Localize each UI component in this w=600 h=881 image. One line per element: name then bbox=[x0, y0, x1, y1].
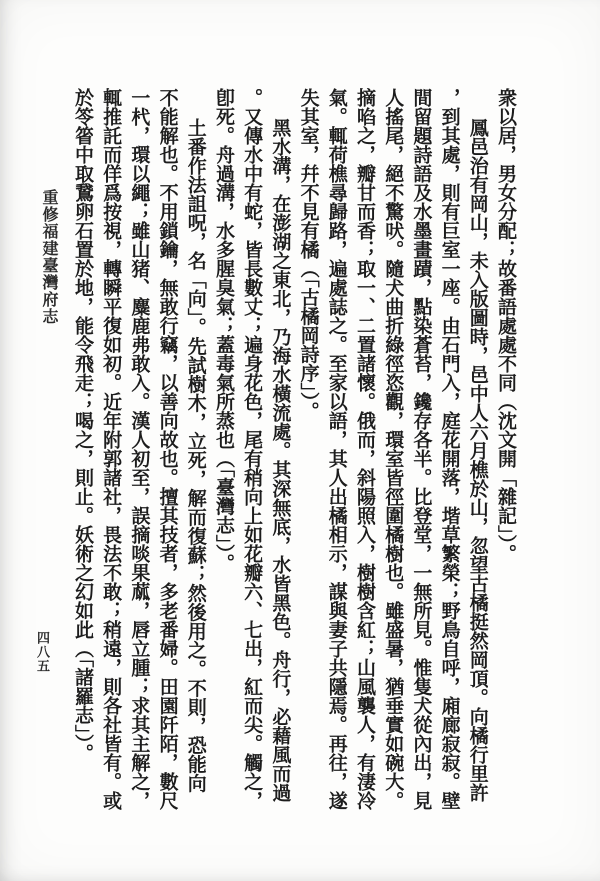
text-column: 不能解也。不用鎖鑰，無敢行竊，以善向故也。擅其技者，多老番婦。田園阡陌，數尺 bbox=[152, 88, 180, 820]
text-column: 鳳邑治有岡山，未入版圖時，邑中人六月樵於山，忽望古橘挺然岡頂。向橘行里許 bbox=[463, 88, 491, 820]
text-column: 失其室，幷不見有橘（「古橘岡詩序」）。 bbox=[293, 88, 321, 820]
text-column: 一杙，環以繩；雖山猪、麋鹿弗敢入。漢人初至，誤摘啖果蓏，唇立腫；求其主解之， bbox=[124, 88, 152, 820]
page-number: 四八五 bbox=[34, 631, 50, 673]
text-column: 氣。輒荷樵尋歸路，遍處誌之。至家以語，其人出橘相示，謀與妻子共隱焉。再往，遂 bbox=[322, 88, 350, 820]
book-margin-title: 重修福建臺灣府志 bbox=[38, 189, 58, 325]
text-column: 間留題詩語及水墨畫蹟，點染蒼苔，鑱存各半。比登堂，一無所見。惟隻犬從內出，見 bbox=[406, 88, 434, 820]
text-column: 輒推託而佯爲按視，轉瞬平復如初。近年附郭諸社，畏法不敢；稍遠，則各社皆有。或 bbox=[96, 88, 124, 820]
text-column: 土番作法詛呪，名「向」。先試樹木，立死，解而復蘇；然後用之。不則，恐能向 bbox=[181, 88, 209, 820]
text-column: 衆以居，男女分配；故番語處處不同（沈文開「雜記」）。 bbox=[491, 88, 519, 820]
book-page: 衆以居，男女分配；故番語處處不同（沈文開「雜記」）。鳳邑治有岡山，未入版圖時，邑… bbox=[0, 0, 600, 881]
text-column: 黑水溝，在澎湖之東北，乃海水橫流處。其深無底，水皆黑色。舟行，必藉風而過 bbox=[265, 88, 293, 820]
text-column: 摘啗之，瓣甘而香；取一、二置諸懷。俄而，斜陽照入，樹樹含紅；山風襲人，有淒冷 bbox=[350, 88, 378, 820]
text-column: ，到其處，則有巨室一座。由石門入，庭花開落，堦草繁榮；野鳥自呼，廂廊寂寂。壁 bbox=[434, 88, 462, 820]
text-block: 衆以居，男女分配；故番語處處不同（沈文開「雜記」）。鳳邑治有岡山，未入版圖時，邑… bbox=[67, 88, 519, 820]
text-column: 。又傳水中有蛇，皆長數丈；遍身花色，尾有稍向上如花瓣六、七出，紅而尖。觸之， bbox=[237, 88, 265, 820]
text-column: 於笭箵中取鵞卵石置於地，能令飛走；喝之，則止。妖術之幻如此（「諸羅志」）。 bbox=[68, 88, 96, 820]
text-column: 人搖尾，絕不驚吠。隨犬曲折綠徑恣觀，環室皆徑圍橘樹也。雖盛暑，猶垂實如碗大。 bbox=[378, 88, 406, 820]
text-column: 卽死。舟過溝，水多腥臭氣；蓋毒氣所蒸也（「臺灣志」）。 bbox=[209, 88, 237, 820]
